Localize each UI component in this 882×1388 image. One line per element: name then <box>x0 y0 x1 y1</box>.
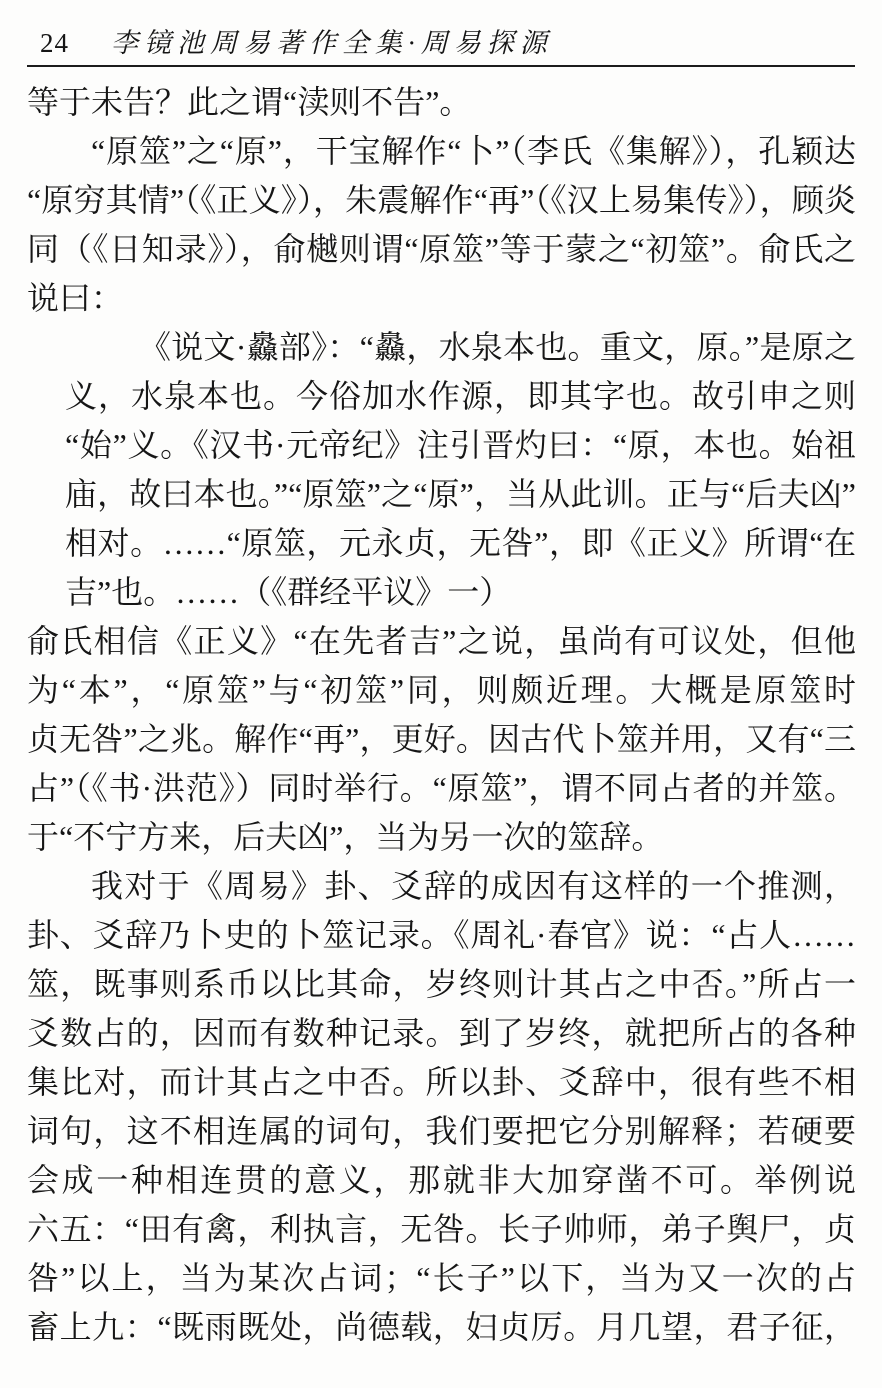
text-line: 吉”也。……（《群经平议》一） <box>65 568 856 617</box>
text-line: 于“不宁方来，后夫凶”，当为另一次的筮辞。 <box>27 813 856 862</box>
text-line: 会成一种相连贯的意义，那就非大加穿凿不可。举例说罢，师之 <box>27 1156 856 1205</box>
text-line: “原穷其情”（《正义》），朱震解作“再”（《汉上易集传》），顾炎武 <box>27 176 856 225</box>
header-rule <box>27 65 855 67</box>
text-line: 咎”以上，当为某次占词；“长子”以下，当为又一次的占词。小 <box>27 1254 856 1303</box>
text-line: 词句，这不相连属的词句，我们要把它分别解释；若硬要把它附 <box>27 1107 856 1156</box>
text-line: 筮，既事则系币以比其命，岁终则计其占之中否。”所占一定有一 <box>27 960 856 1009</box>
text-line: 为“本”，“原筮”与“初筮”同，则颇近理。大概是原筮时有“元永 <box>27 666 856 715</box>
text-line: “原筮”之“原”，干宝解作“卜”（李氏《集解》），孔颖达解作 <box>27 127 856 176</box>
text-line: 说曰： <box>27 274 856 323</box>
text-line: “始”义。《汉书·元帝纪》注引晋灼曰：“原，本也。始祖之 <box>65 421 856 470</box>
text-line: 俞氏相信《正义》“在先者吉”之说，虽尚有可议处，但他释“原” <box>27 617 856 666</box>
text-line: 《说文·灥部》：“灥，水泉本也。重文，原。”是原之本 <box>65 323 856 372</box>
running-title: 李镜池周易著作全集·周易探源 <box>111 28 553 58</box>
text-line: 同（《日知录》），俞樾则谓“原筮”等于蒙之“初筮”。俞氏之 <box>27 225 856 274</box>
text-line: 庙，故曰本也。”“原筮”之“原”，当从此训。正与“后夫凶” <box>65 470 856 519</box>
page-body: 等于未告？此之谓“渎则不告”。“原筮”之“原”，干宝解作“卜”（李氏《集解》），… <box>27 78 856 1352</box>
text-line: 占”（《书·洪范》）同时举行。“原筮”，谓不同占者的并筮。至 <box>27 764 856 813</box>
text-line: 畜上九：“既雨既处，尚德载，妇贞厉。月几望，君子征，凶。”“妇 <box>27 1303 856 1352</box>
text-line: 义，水泉本也。今俗加水作源，即其字也。故引申之则有 <box>65 372 856 421</box>
text-line: 相对。……“原筮，元永贞，无咎”，即《正义》所谓“在先者 <box>65 519 856 568</box>
book-page: 24 李镜池周易著作全集·周易探源 等于未告？此之谓“渎则不告”。“原筮”之“原… <box>0 0 882 1388</box>
page-header: 24 李镜池周易著作全集·周易探源 <box>40 22 856 58</box>
text-line: 六五：“田有禽，利执言，无咎。长子帅师，弟子舆尸，贞凶。”“无 <box>27 1205 856 1254</box>
text-line: 我对于《周易》卦、爻辞的成因有这样的一个推测，就是， <box>27 862 856 911</box>
text-line: 等于未告？此之谓“渎则不告”。 <box>27 78 856 127</box>
page-number: 24 <box>40 28 69 58</box>
text-line: 贞无咎”之兆。解作“再”，更好。因古代卜筮并用，又有“三人 <box>27 715 856 764</box>
text-line: 爻数占的，因而有数种记录。到了岁终，就把所占的各种记录汇 <box>27 1009 856 1058</box>
text-line: 卦、爻辞乃卜史的卜筮记录。《周礼·春官》说：“占人……凡卜 <box>27 911 856 960</box>
text-line: 集比对，而计其占之中否。所以卦、爻辞中，很有些不相连属的 <box>27 1058 856 1107</box>
